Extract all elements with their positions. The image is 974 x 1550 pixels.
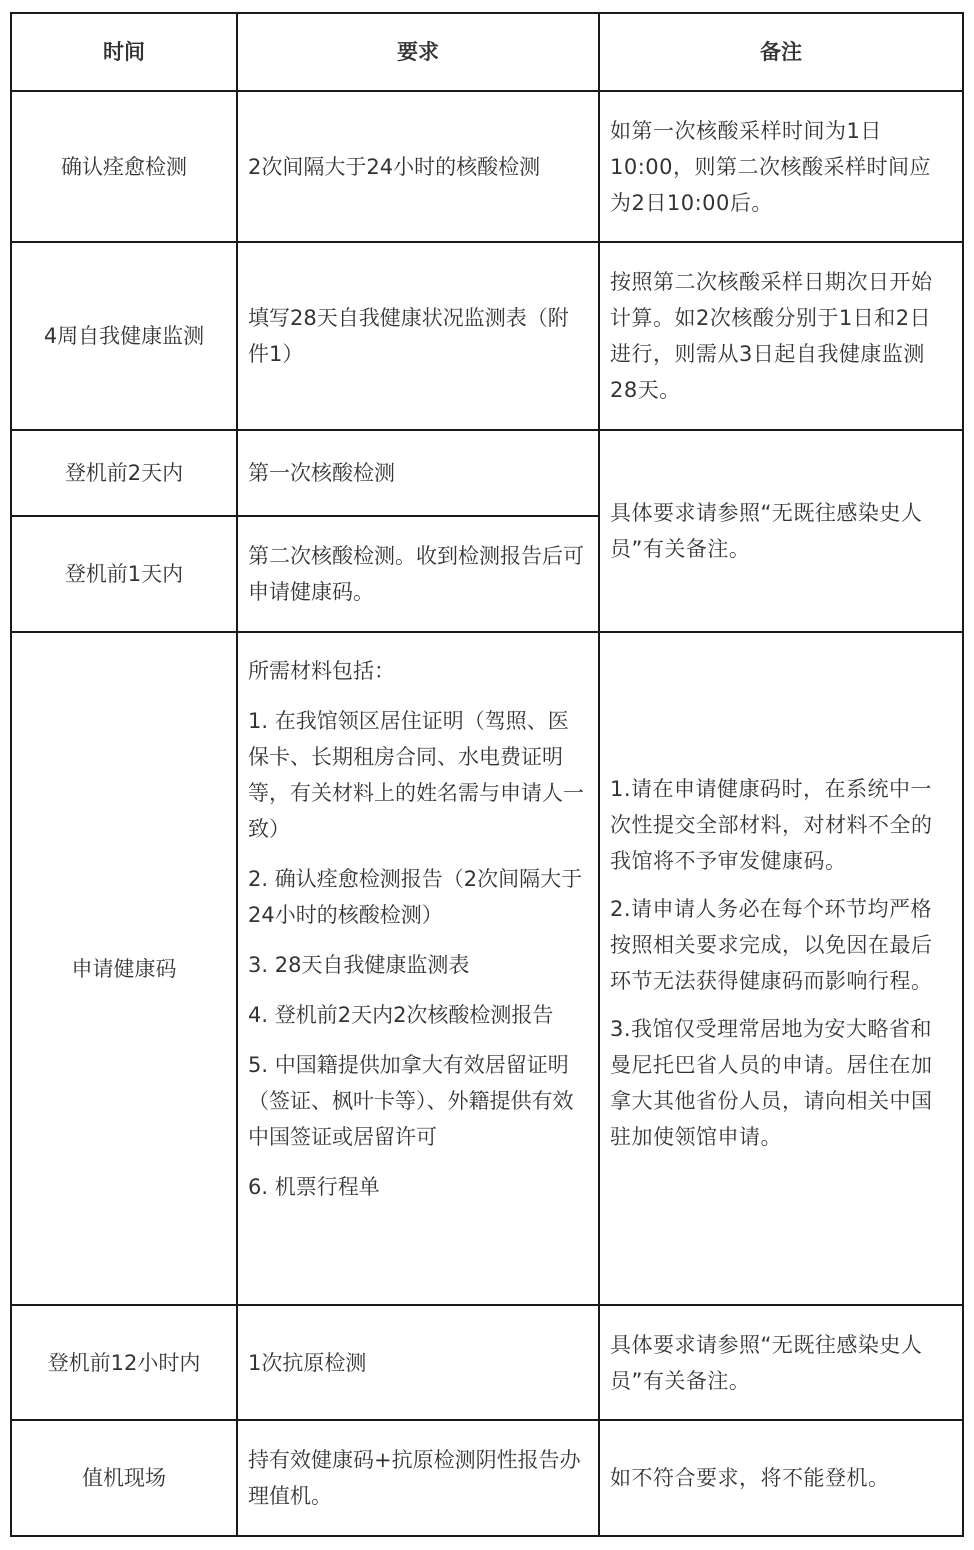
requirement-list-cell: 所需材料包括： 1. 在我馆领区居住证明（驾照、医保卡、长期租房合同、水电费证明… [237,632,599,1305]
time-cell: 申请健康码 [11,632,237,1305]
requirement-cell: 持有效健康码+抗原检测阴性报告办理值机。 [237,1420,599,1536]
requirement-cell: 2次间隔大于24小时的核酸检测 [237,91,599,242]
header-note: 备注 [599,13,963,91]
note-cell: 如不符合要求，将不能登机。 [599,1420,963,1536]
note-cell: 具体要求请参照“无既往感染史人员”有关备注。 [599,1305,963,1420]
requirement-item: 3. 28天自我健康监测表 [248,947,588,983]
note-cell: 如第一次核酸采样时间为1日10:00，则第二次核酸采样时间应为2日10:00后。 [599,91,963,242]
requirement-cell: 第二次核酸检测。收到检测报告后可申请健康码。 [237,516,599,632]
time-cell: 登机前12小时内 [11,1305,237,1420]
requirement-cell: 第一次核酸检测 [237,430,599,516]
time-cell: 登机前1天内 [11,516,237,632]
requirement-cell: 填写28天自我健康状况监测表（附件1） [237,242,599,430]
requirement-item: 1. 在我馆领区居住证明（驾照、医保卡、长期租房合同、水电费证明等，有关材料上的… [248,703,588,847]
note-item: 1.请在申请健康码时，在系统中一次性提交全部材料，对材料不全的我馆将不予审发健康… [610,771,952,879]
time-cell: 确认痊愈检测 [11,91,237,242]
table-row: 值机现场 持有效健康码+抗原检测阴性报告办理值机。 如不符合要求，将不能登机。 [11,1420,963,1536]
table-row: 申请健康码 所需材料包括： 1. 在我馆领区居住证明（驾照、医保卡、长期租房合同… [11,632,963,1305]
time-cell: 登机前2天内 [11,430,237,516]
note-item: 2.请申请人务必在每个环节均严格按照相关要求完成，以免因在最后环节无法获得健康码… [610,891,952,999]
header-row: 时间 要求 备注 [11,13,963,91]
requirement-item: 5. 中国籍提供加拿大有效居留证明（签证、枫叶卡等）、外籍提供有效中国签证或居留… [248,1047,588,1155]
requirement-cell: 1次抗原检测 [237,1305,599,1420]
header-requirement: 要求 [237,13,599,91]
table-row: 登机前2天内 第一次核酸检测 具体要求请参照“无既往感染史人员”有关备注。 [11,430,963,516]
note-cell-merged: 具体要求请参照“无既往感染史人员”有关备注。 [599,430,963,632]
time-cell: 值机现场 [11,1420,237,1536]
table-row: 确认痊愈检测 2次间隔大于24小时的核酸检测 如第一次核酸采样时间为1日10:0… [11,91,963,242]
requirement-item: 4. 登机前2天内2次核酸检测报告 [248,997,588,1033]
requirement-intro: 所需材料包括： [248,653,588,689]
table-row: 登机前12小时内 1次抗原检测 具体要求请参照“无既往感染史人员”有关备注。 [11,1305,963,1420]
note-cell: 按照第二次核酸采样日期次日开始计算。如2次核酸分别于1日和2日进行，则需从3日起… [599,242,963,430]
table-row: 4周自我健康监测 填写28天自我健康状况监测表（附件1） 按照第二次核酸采样日期… [11,242,963,430]
header-time: 时间 [11,13,237,91]
requirement-item: 6. 机票行程单 [248,1169,588,1205]
note-list-cell: 1.请在申请健康码时，在系统中一次性提交全部材料，对材料不全的我馆将不予审发健康… [599,632,963,1305]
note-item: 3.我馆仅受理常居地为安大略省和曼尼托巴省人员的申请。居住在加拿大其他省份人员，… [610,1011,952,1155]
requirements-table: 时间 要求 备注 确认痊愈检测 2次间隔大于24小时的核酸检测 如第一次核酸采样… [10,12,964,1537]
time-cell: 4周自我健康监测 [11,242,237,430]
requirement-item: 2. 确认痊愈检测报告（2次间隔大于24小时的核酸检测） [248,861,588,933]
